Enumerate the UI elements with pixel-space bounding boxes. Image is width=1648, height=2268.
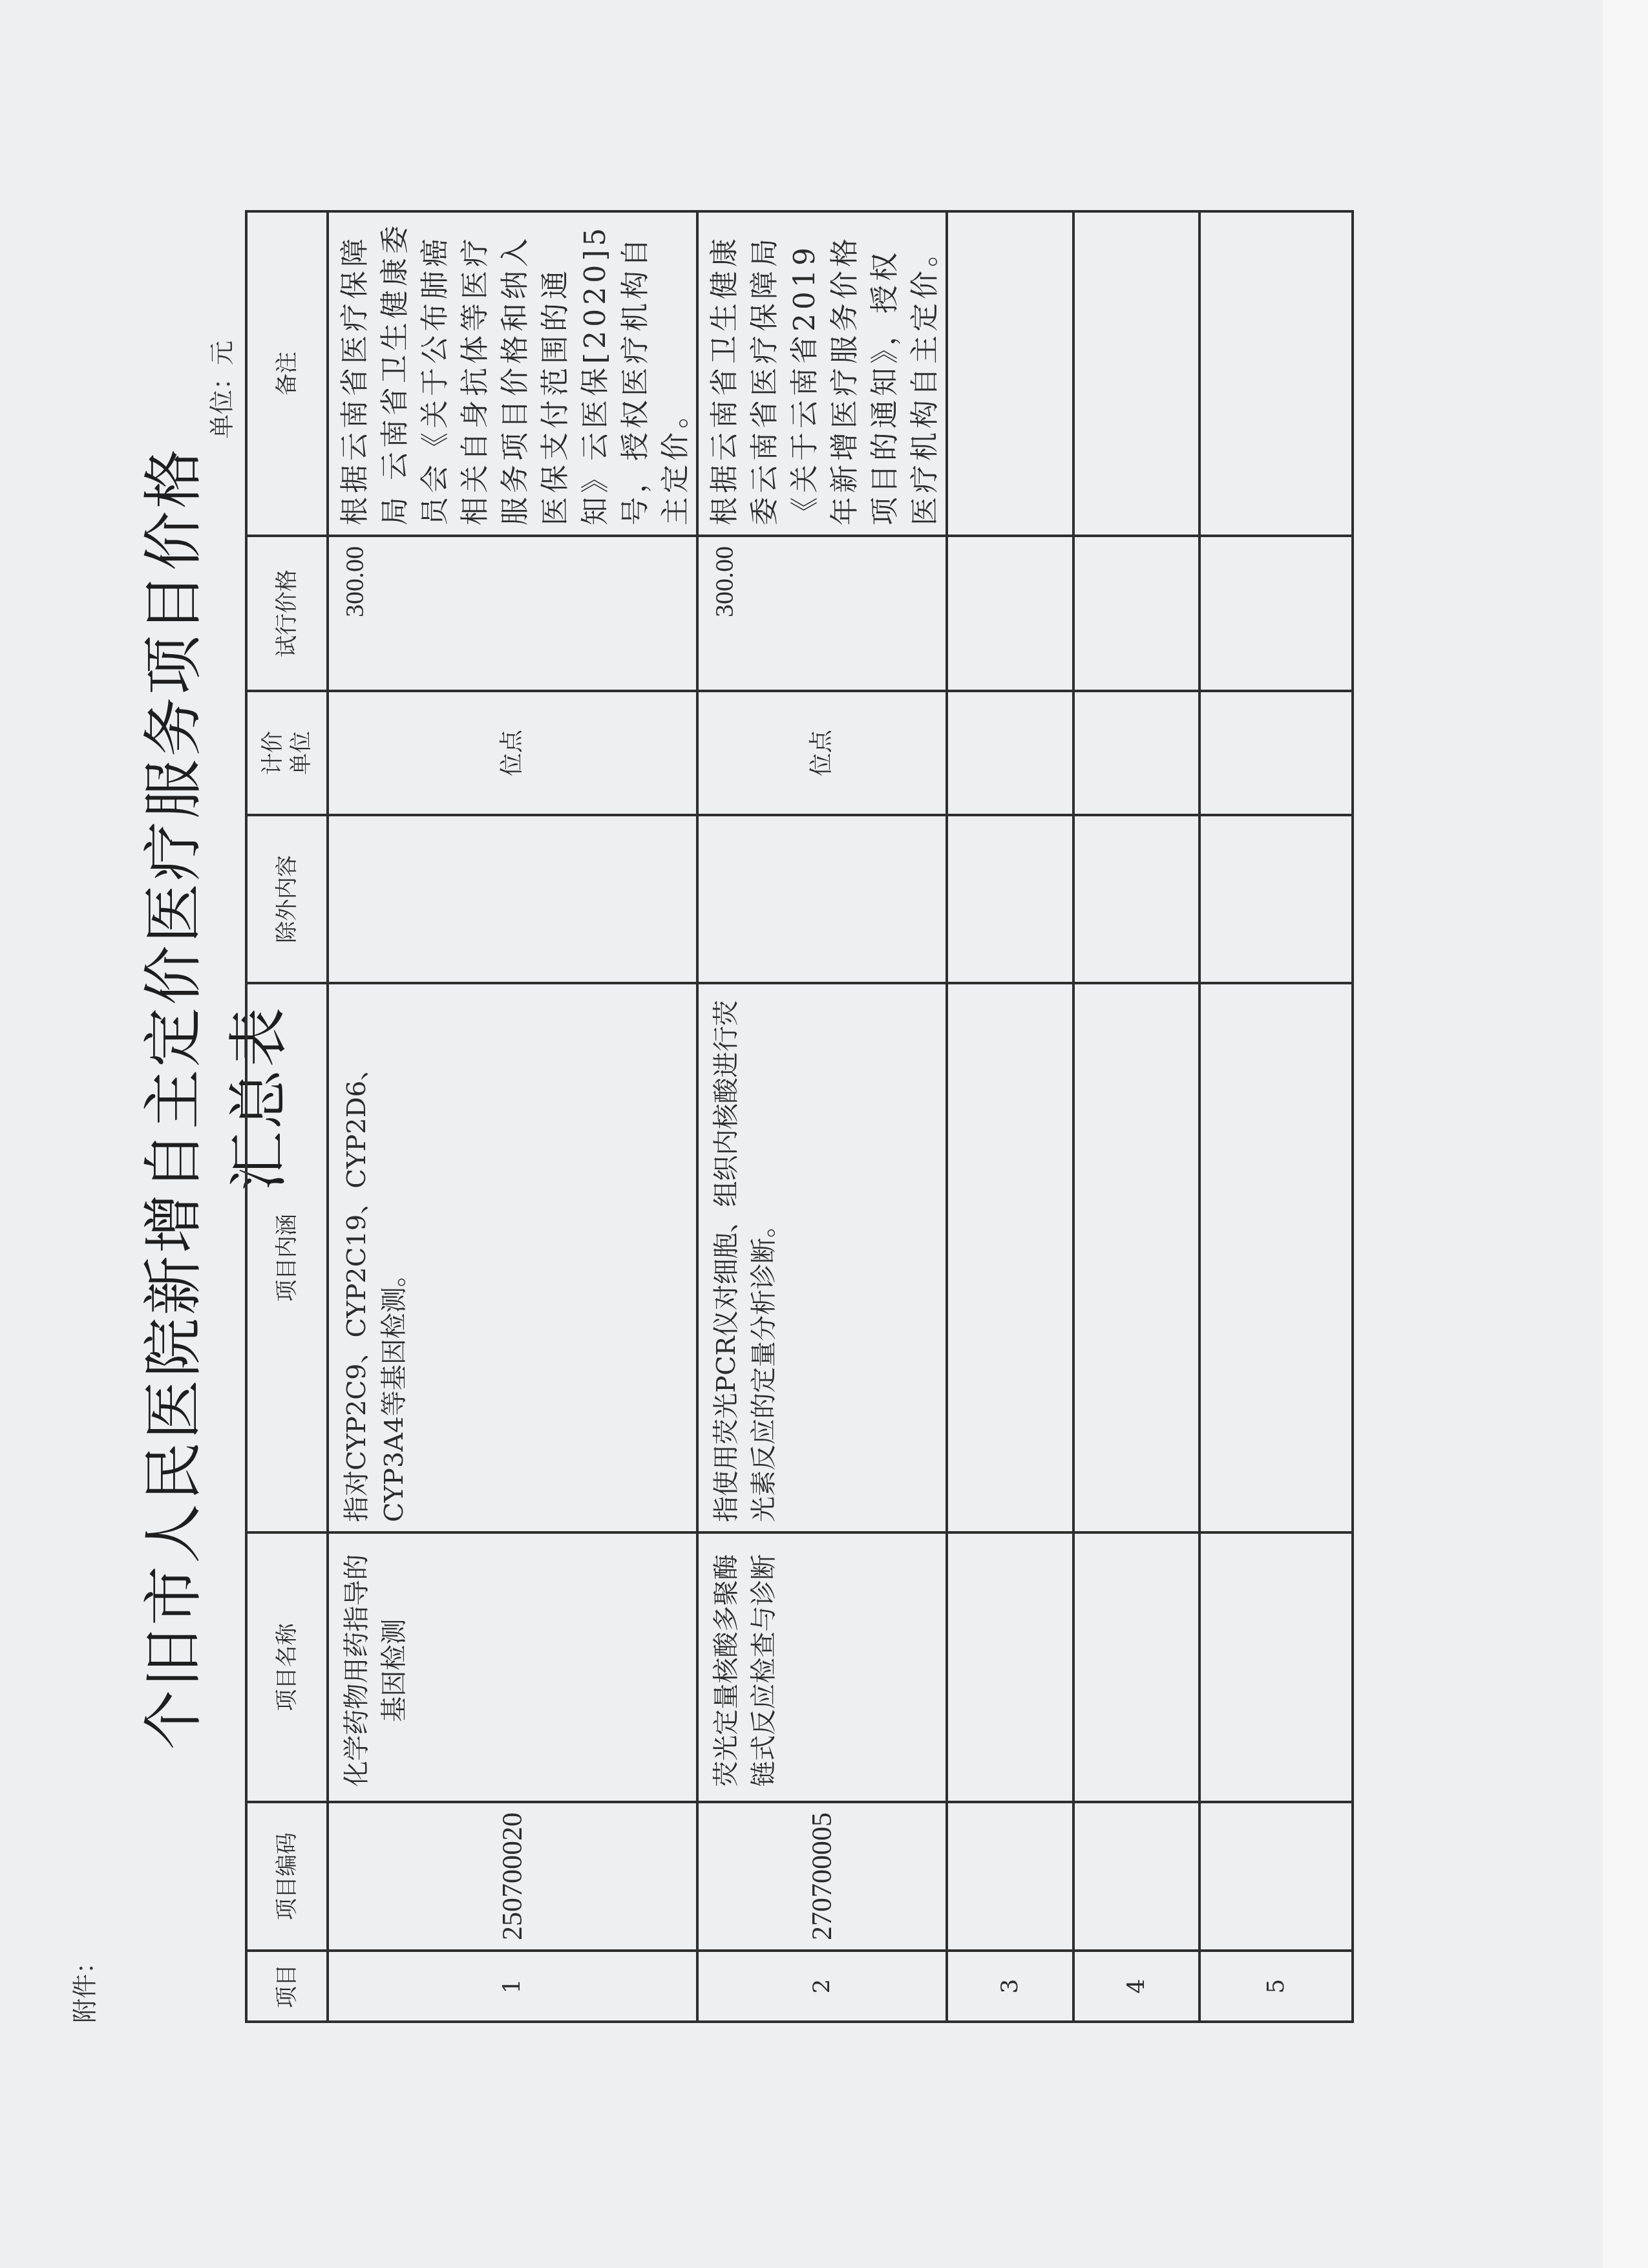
row-pricing-unit [1073,691,1199,815]
row-index: 3 [947,1951,1073,2022]
header-pricing-unit-line2: 单位 [288,731,314,775]
table-row: 1 250700020 化学药物用药指导的基因检测 指对CYP2C9、CYP2C… [328,211,697,2022]
header-content: 项目内涵 [246,983,328,1532]
row-code [947,1802,1073,1951]
row-exclusions [1073,815,1199,983]
row-remarks [947,211,1073,536]
row-name: 荧光定量核酸多聚酶链式反应检查与诊断 [697,1532,947,1802]
row-code [1199,1802,1353,1951]
table-row: 3 [947,211,1073,2022]
header-name: 项目名称 [246,1532,328,1802]
row-code: 270700005 [697,1802,947,1951]
row-code [1073,1802,1199,1951]
row-remarks [1199,211,1353,536]
header-index: 项目 [246,1951,328,2022]
table-row: 4 [1073,211,1199,2022]
currency-unit-label: 单位：元 [202,341,237,439]
table-header-row: 项目 项目编码 项目名称 项目内涵 除外内容 计价单位 试行价格 备注 [246,211,328,2022]
row-trial-price [1073,536,1199,691]
rotated-landscape-sheet: 附件： 个旧市人民医院新增自主定价医疗服务项目价格汇总表 单位：元 项目 项目编… [0,0,1648,2268]
table-row: 2 270700005 荧光定量核酸多聚酶链式反应检查与诊断 指使用荧光PCR仪… [697,211,947,2022]
row-content: 指使用荧光PCR仪对细胞、组织内核酸进行荧光素反应的定量分析诊断。 [697,983,947,1532]
row-trial-price [1199,536,1353,691]
row-exclusions [947,815,1073,983]
row-name: 化学药物用药指导的基因检测 [328,1532,697,1802]
header-exclusions: 除外内容 [246,815,328,983]
row-pricing-unit: 位点 [697,691,947,815]
row-name [947,1532,1073,1802]
header-pricing-unit-line1: 计价 [260,731,286,775]
row-pricing-unit: 位点 [328,691,697,815]
row-remarks [1073,211,1199,536]
header-code: 项目编码 [246,1802,328,1951]
price-summary-table: 项目 项目编码 项目名称 项目内涵 除外内容 计价单位 试行价格 备注 1 25… [245,210,1354,2023]
row-exclusions [697,815,947,983]
row-remarks: 根据云南省医疗保障局 云南省卫生健康委员会《关于公布肺癌相关自身抗体等医疗服务项… [328,211,697,536]
attachment-label: 附件： [65,1949,100,2023]
row-pricing-unit [947,691,1073,815]
row-content: 指对CYP2C9、CYP2C19、CYP2D6、CYP3A4等基因检测。 [328,983,697,1532]
header-pricing-unit: 计价单位 [246,691,328,815]
row-pricing-unit [1199,691,1353,815]
row-name [1073,1532,1199,1802]
row-index: 2 [697,1951,947,2022]
row-trial-price: 300.00 [697,536,947,691]
row-content [947,983,1073,1532]
header-trial-price: 试行价格 [246,536,328,691]
row-index: 1 [328,1951,697,2022]
row-exclusions [1199,815,1353,983]
header-remarks: 备注 [246,211,328,536]
table-row: 5 [1199,211,1353,2022]
row-index: 5 [1199,1951,1353,2022]
row-content [1073,983,1199,1532]
row-remarks: 根据云南省卫生健康委云南省医疗保障局《关于云南省2019年新增医疗服务价格项目的… [697,211,947,536]
row-code: 250700020 [328,1802,697,1951]
row-trial-price: 300.00 [328,536,697,691]
row-exclusions [328,815,697,983]
row-content [1199,983,1353,1532]
row-index: 4 [1073,1951,1199,2022]
row-name [1199,1532,1353,1802]
row-trial-price [947,536,1073,691]
